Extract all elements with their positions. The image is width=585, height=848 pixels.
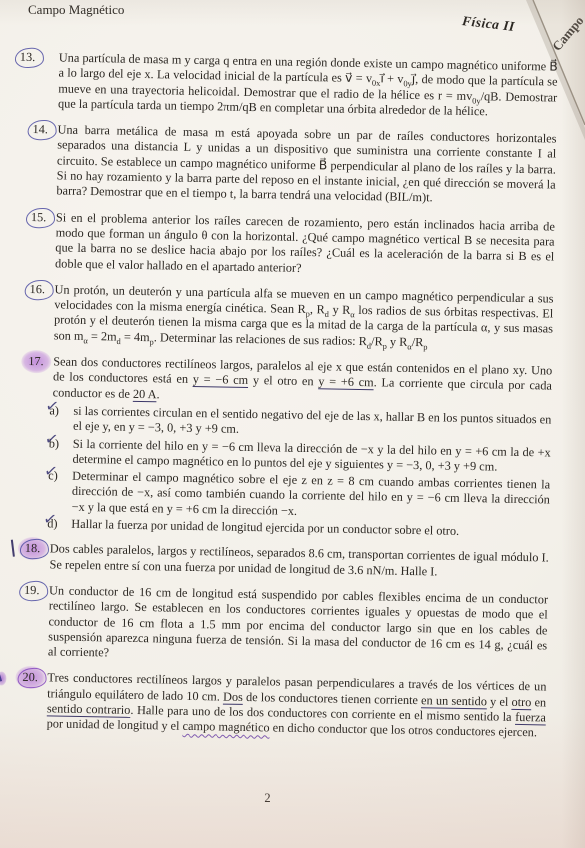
problem-item: 19. Un conductor de 16 cm de longitud es… — [23, 583, 548, 672]
check-mark-annotation: ✓ — [44, 430, 60, 447]
check-mark-annotation: ✓ — [44, 397, 60, 414]
subitem-label: ✓ c) — [47, 468, 70, 514]
problem-text: Una partícula de masa m y carga q entra … — [58, 50, 558, 120]
problem-item: 13. Una partícula de masa m y carga q en… — [33, 50, 558, 124]
problem-number-text: 19. — [24, 583, 40, 597]
problem-text: Sean dos conductores rectilíneos largos,… — [53, 354, 553, 409]
problem-number: 19. — [23, 583, 45, 663]
problem-number: 18. — [24, 541, 46, 575]
problem-number-text: 14. — [32, 122, 48, 136]
problem-text: Una barra metálica de masa m está apoyad… — [56, 123, 556, 209]
problem-item: 20. Tres conductores rectilíneos largos … — [21, 670, 546, 744]
problem-body: Una barra metálica de masa m está apoyad… — [56, 123, 556, 212]
problem-number: 16. — [29, 282, 51, 347]
problem-number-text: 15. — [31, 210, 47, 224]
problem-text: Tres conductores rectilíneos largos y pa… — [47, 671, 547, 741]
problem-number: 14. — [31, 122, 53, 202]
problem-body: Un protón, un deuterón y una partícula a… — [54, 282, 554, 355]
problems-list: 13. Una partícula de masa m y carga q en… — [21, 50, 558, 752]
problem-body: Una partícula de masa m y carga q entra … — [58, 50, 558, 123]
problem-number-text: 13. — [20, 50, 36, 64]
problem-number: 20. — [21, 670, 43, 735]
subitem-text: Determinar el campo magnético sobre el e… — [71, 469, 550, 524]
subitem: ✓ c) Determinar el campo magnético sobre… — [47, 468, 550, 523]
problem-number-text: 18. — [25, 541, 41, 555]
subitem-label: ✓ d) — [47, 516, 69, 532]
problem-number-text: 17. — [28, 354, 44, 368]
problem-item: 18. Dos cables paralelos, largos y recti… — [24, 541, 549, 584]
problem-item: 15. Si en el problema anterior los raíle… — [30, 210, 555, 284]
subitems-list: ✓ a) si las corrientes circulan en el se… — [47, 403, 551, 541]
scanned-worksheet-page: Campo Campo Magnético Física II 13. Una … — [0, 0, 585, 848]
problem-body: Un conductor de 16 cm de longitud está s… — [48, 583, 548, 672]
problem-item: 17. Sean dos conductores rectilíneos lar… — [25, 354, 552, 543]
problem-text: Un protón, un deuterón y una partícula a… — [54, 282, 554, 352]
problem-number-text: 16. — [29, 282, 45, 296]
topic-header: Campo Magnético — [28, 2, 124, 18]
problem-body: Tres conductores rectilíneos largos y pa… — [46, 671, 546, 744]
problem-text: Un conductor de 16 cm de longitud está s… — [48, 583, 548, 669]
problem-number: 15. — [30, 210, 52, 275]
check-mark-annotation: ✓ — [43, 463, 59, 480]
problem-text: Dos cables paralelos, largos y rectilíne… — [49, 542, 548, 582]
problem-item: 16. Un protón, un deuterón y una partícu… — [29, 282, 554, 356]
check-mark-annotation: ✓ — [42, 510, 58, 527]
problem-item: 14. Una barra metálica de masa m está ap… — [31, 122, 556, 211]
problem-body: Si en el problema anterior los raíles ca… — [55, 210, 555, 283]
page-number: 2 — [0, 791, 535, 806]
problem-number: 13. — [19, 50, 41, 115]
problem-text: Si en el problema anterior los raíles ca… — [55, 210, 555, 280]
problem-number-text: 20. — [22, 670, 38, 684]
problem-body: Sean dos conductores rectilíneos largos,… — [50, 354, 552, 542]
problem-body: Dos cables paralelos, largos y rectilíne… — [49, 542, 549, 585]
